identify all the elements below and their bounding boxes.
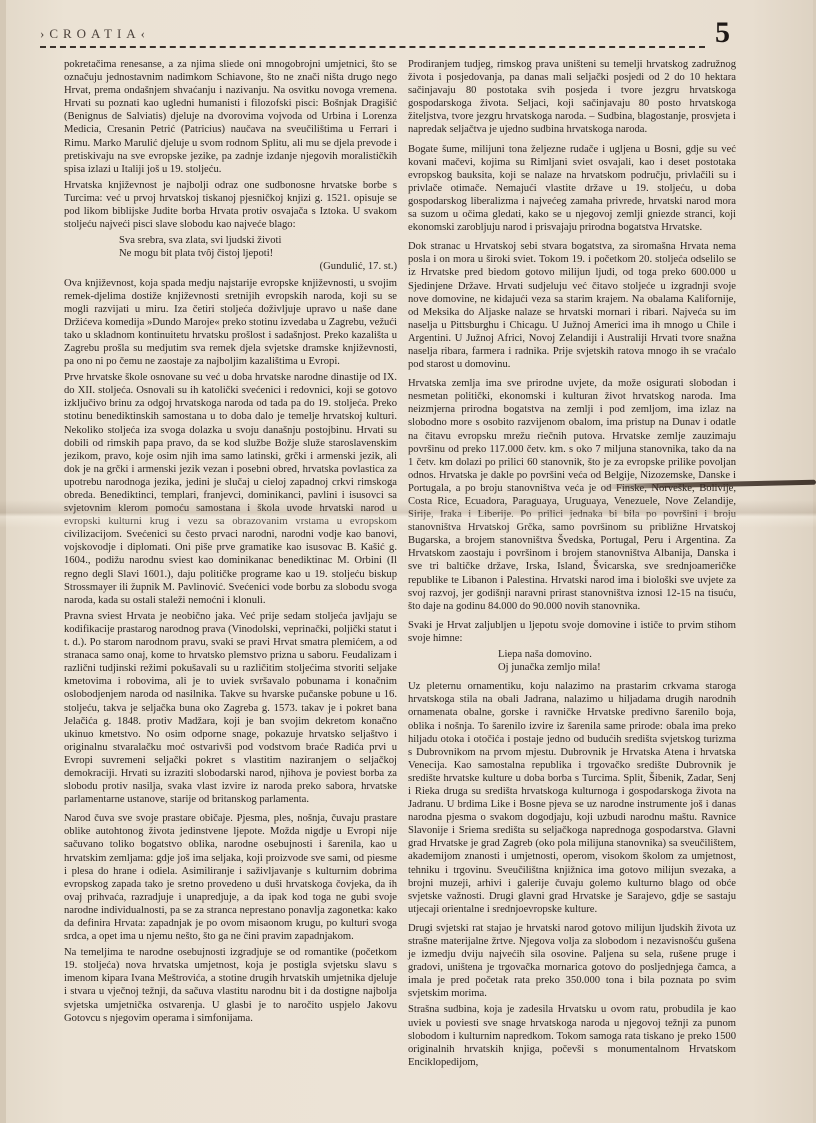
poem-line: Ne mogu bit plata tvôj čistoj ljepoti!	[64, 247, 397, 260]
page-header: ›CROATIA‹ 5	[40, 22, 745, 52]
poem-line: Sva srebra, sva zlata, svi ljudski život…	[64, 234, 397, 247]
poem-line: Oj junačka zemljo mila!	[408, 661, 736, 674]
paragraph-emigration: Dok stranac u Hrvatskoj sebi stvara boga…	[408, 240, 736, 371]
page-edge-left	[0, 0, 6, 1123]
document-page: ›CROATIA‹ 5 pokretačima renesanse, a za …	[0, 0, 816, 1123]
header-rule	[40, 46, 705, 50]
right-column: Prodiranjem tudjeg, rimskog prava unište…	[408, 58, 736, 1072]
poem-attribution: (Gundulić, 17. st.)	[64, 260, 397, 273]
poem-anthem: Liepa naša domovino. Oj junačka zemljo m…	[408, 648, 736, 674]
paragraph-theatre: Ova književnost, koja spada medju najsta…	[64, 277, 397, 369]
paragraph-law: Pravna sviest Hrvata je neobično jaka. V…	[64, 610, 397, 806]
page-number: 5	[715, 16, 730, 50]
paragraph-roman-law: Prodiranjem tudjeg, rimskog prava unište…	[408, 58, 736, 137]
paragraph-anthem-intro: Svaki je Hrvat zaljubljen u ljepotu svoj…	[408, 619, 736, 645]
paragraph-art: Na temeljima te narodne osebujnosti izgr…	[64, 946, 397, 1025]
paragraph-war: Drugi svjetski rat stajao je hrvatski na…	[408, 922, 736, 1001]
paragraph-renaissance: pokretačima renesanse, a za njima sliede…	[64, 58, 397, 176]
left-column: pokretačima renesanse, a za njima sliede…	[64, 58, 397, 1028]
paragraph-customs: Narod čuva sve svoje prastare običaje. P…	[64, 812, 397, 943]
paragraph-land: Hrvatska zemlja ima sve prirodne uvjete,…	[408, 377, 736, 613]
poem-gundulic: Sva srebra, sva zlata, svi ljudski život…	[64, 234, 397, 273]
paragraph-schools: Prve hrvatske škole osnovane su već u do…	[64, 371, 397, 607]
paragraph-ornament: Uz pleternu ornamentiku, koju nalazimo n…	[408, 680, 736, 916]
paragraph-resources: Bogate šume, milijuni tona željezne ruda…	[408, 143, 736, 235]
paragraph-fate: Strašna sudbina, koja je zadesila Hrvats…	[408, 1003, 736, 1068]
paragraph-literature: Hrvatska književnost je najbolji odraz o…	[64, 179, 397, 231]
poem-line: Liepa naša domovino.	[408, 648, 736, 661]
masthead-title: ›CROATIA‹	[40, 26, 150, 42]
